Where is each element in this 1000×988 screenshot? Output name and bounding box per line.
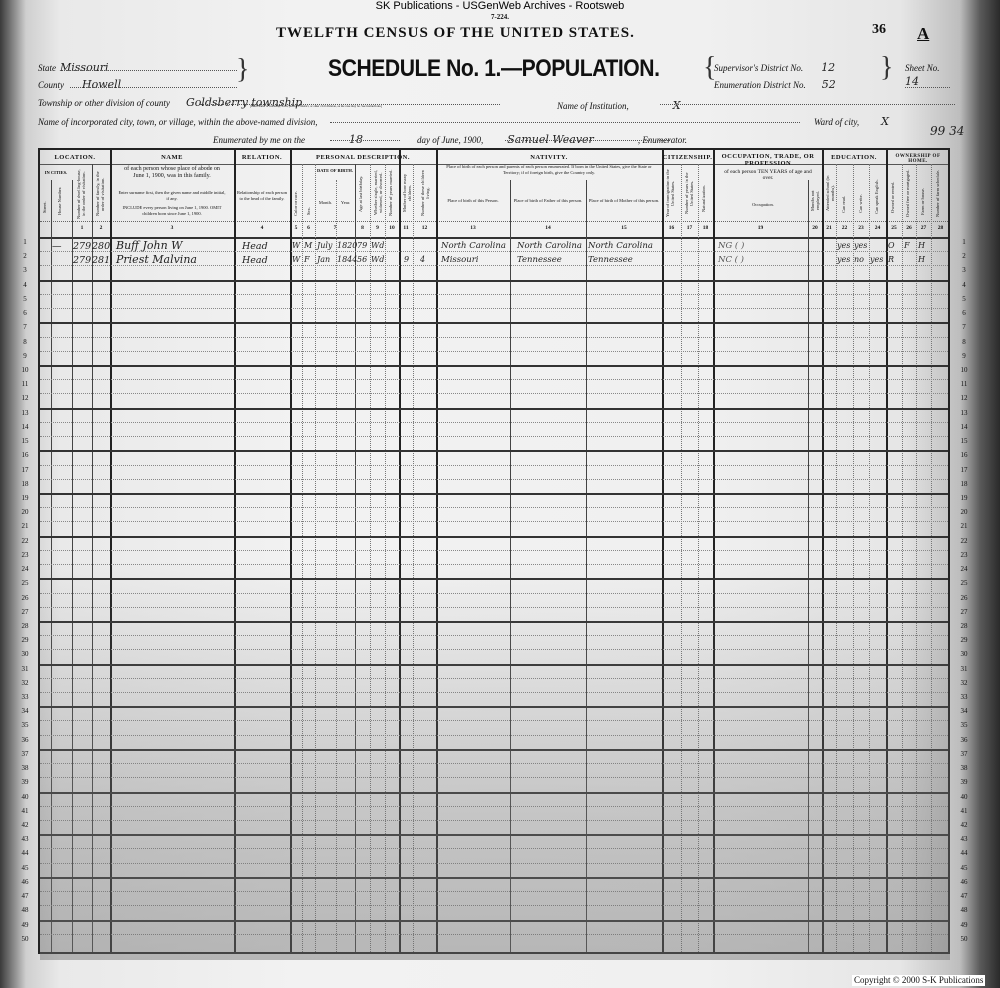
line-number-left: 26 — [16, 594, 34, 602]
line-number-right: 33 — [955, 693, 973, 701]
ward-label: Ward of city, — [814, 117, 859, 127]
section-in-cities: IN CITIES. — [40, 170, 72, 176]
line-number-left: 16 — [16, 451, 34, 459]
line-number-right: 8 — [955, 338, 973, 346]
line-number-left: 34 — [16, 707, 34, 715]
line-number-left: 13 — [16, 409, 34, 417]
page-number: 36 — [872, 22, 886, 38]
city-field: Name of incorporated city, town, or vill… — [38, 112, 317, 130]
stamp-number: 99 34 — [930, 124, 964, 138]
header-children-living: Number of these children living. — [420, 168, 430, 218]
section-location: LOCATION. — [40, 154, 110, 161]
line-number-right: 4 — [955, 281, 973, 289]
line-number-right: 42 — [955, 821, 973, 829]
section-citizenship: CITIZENSHIP. — [662, 154, 713, 161]
header-speak-english: Can speak English. — [874, 176, 879, 218]
section-ownership: OWNERSHIP OF HOME. — [886, 154, 950, 164]
line-number-left: 3 — [16, 266, 34, 274]
enumeration-field: Enumeration District No. 52 — [714, 75, 836, 93]
header-date-of-birth: DATE OF BIRTH. — [315, 168, 355, 174]
line-number-right: 36 — [955, 736, 973, 744]
supervisor-label: Supervisor's District No. — [714, 63, 803, 73]
nativity-description: Place of birth of each person and parent… — [442, 164, 656, 175]
section-name: NAME — [110, 154, 234, 161]
county-value: Howell — [82, 78, 121, 91]
line-number-left: 43 — [16, 835, 34, 843]
person-name: Buff John W — [116, 239, 182, 252]
line-number-right: 38 — [955, 764, 973, 772]
township-field: Township or other division of county Gol… — [38, 93, 302, 111]
line-number-left: 20 — [16, 508, 34, 516]
line-number-left: 38 — [16, 764, 34, 772]
line-number-right: 23 — [955, 551, 973, 559]
state-value: Missouri — [60, 61, 109, 74]
archive-watermark: SK Publications - USGenWeb Archives - Ro… — [0, 0, 1000, 12]
line-number-right: 32 — [955, 679, 973, 687]
line-number-right: 21 — [955, 522, 973, 530]
line-number-left: 8 — [16, 338, 34, 346]
line-number-right: 16 — [955, 451, 973, 459]
section-education: EDUCATION. — [822, 154, 886, 161]
line-number-left: 12 — [16, 394, 34, 402]
line-number-left: 32 — [16, 679, 34, 687]
header-birth-father: Place of birth of Father of this person. — [512, 198, 584, 204]
family-number: 281 — [92, 255, 110, 266]
line-number-left: 11 — [16, 380, 34, 388]
state-label: State — [38, 63, 56, 73]
color: W — [292, 241, 300, 250]
line-number-right: 17 — [955, 466, 973, 474]
header-age: Age at last birthday. — [358, 170, 363, 218]
birth-year: 1820 — [337, 241, 357, 250]
header-naturalization: Naturalization. — [701, 180, 706, 218]
header-years-us: Number of years in the United States. — [684, 168, 694, 218]
line-number-right: 12 — [955, 394, 973, 402]
line-number-right: 48 — [955, 906, 973, 914]
line-number-right: 37 — [955, 750, 973, 758]
institution-label: Name of Institution, — [557, 101, 629, 111]
county-field: County Howell — [38, 75, 121, 93]
line-number-right: 14 — [955, 423, 973, 431]
header-can-write: Can write. — [858, 190, 863, 218]
enumerated-prefix: Enumerated by me on the — [213, 135, 305, 145]
birthplace-father: North Carolina — [517, 241, 582, 251]
line-number-right: 3 — [955, 266, 973, 274]
header-marital: Whether single, married, widowed, or div… — [373, 168, 383, 218]
header-family: Number of family, in the order of visita… — [95, 168, 108, 220]
marital-status: Wd — [371, 241, 384, 250]
header-birth-mother: Place of birth of Mother of this person. — [588, 198, 660, 204]
header-sex: Sex. — [306, 205, 311, 217]
birthplace-father: Tennessee — [517, 255, 562, 265]
farm-house: H — [918, 241, 925, 250]
line-number-left: 42 — [16, 821, 34, 829]
line-number-left: 31 — [16, 665, 34, 673]
occupation: NG ( ) — [718, 241, 744, 251]
age: 56 — [357, 255, 367, 264]
line-number-left: 47 — [16, 892, 34, 900]
line-number-left: 14 — [16, 423, 34, 431]
census-title: TWELFTH CENSUS OF THE UNITED STATES. — [276, 25, 635, 42]
line-number-left: 27 — [16, 608, 34, 616]
enumerated-field: Enumerated by me on the 18 day of June, … — [213, 130, 687, 148]
line-number-right: 26 — [955, 594, 973, 602]
line-number-left: 19 — [16, 494, 34, 502]
city-label: Name of incorporated city, town, or vill… — [38, 117, 317, 127]
enumerated-suffix: day of June, 1900, — [417, 135, 483, 145]
line-number-right: 39 — [955, 778, 973, 786]
can-read: yes — [837, 241, 850, 250]
line-number-right: 11 — [955, 380, 973, 388]
line-number-left: 45 — [16, 864, 34, 872]
line-number-right: 9 — [955, 352, 973, 360]
occupation-description: of each person TEN YEARS of age and over… — [720, 170, 816, 181]
person-name: Priest Malvina — [116, 253, 197, 266]
line-number-left: 21 — [16, 522, 34, 530]
copyright-notice: Copyright © 2000 S-K Publications — [852, 975, 985, 986]
line-number-left: 18 — [16, 480, 34, 488]
line-number-right: 18 — [955, 480, 973, 488]
line-number-right: 15 — [955, 437, 973, 445]
section-relation: RELATION. — [234, 154, 290, 161]
schedule-title: SCHEDULE No. 1.—POPULATION. — [328, 55, 660, 83]
supervisor-field: Supervisor's District No. 12 — [714, 58, 835, 76]
speak-english: yes — [870, 255, 883, 264]
line-number-right: 22 — [955, 537, 973, 545]
header-years-married: Number of years married. — [388, 168, 393, 218]
header-free-mortgaged: Owned free or mortgaged. — [905, 168, 910, 218]
name-description: of each person whose place of abode on J… — [120, 166, 224, 180]
line-number-right: 28 — [955, 622, 973, 630]
name-instruction-2: INCLUDE every person living on June 1, 1… — [118, 205, 226, 216]
line-number-right: 2 — [955, 252, 973, 260]
line-number-right: 34 — [955, 707, 973, 715]
header-immigration: Year of immigration to the United States… — [665, 168, 675, 218]
line-number-left: 30 — [16, 650, 34, 658]
header-mother-of: Mother of how many children. — [402, 168, 412, 218]
line-number-left: 46 — [16, 878, 34, 886]
line-number-left: 44 — [16, 849, 34, 857]
line-number-right: 13 — [955, 409, 973, 417]
line-number-left: 33 — [16, 693, 34, 701]
header-color: Color or race. — [293, 190, 298, 218]
line-number-right: 47 — [955, 892, 973, 900]
institution-value: X — [673, 99, 681, 112]
line-number-right: 35 — [955, 721, 973, 729]
sex: M — [304, 241, 312, 250]
sheet-label: Sheet No. — [905, 63, 940, 73]
can-write: no — [854, 255, 864, 264]
header-month: Month. — [315, 200, 336, 206]
line-number-right: 31 — [955, 665, 973, 673]
line-number-right: 50 — [955, 935, 973, 943]
line-number-right: 49 — [955, 921, 973, 929]
line-number-left: 36 — [16, 736, 34, 744]
line-number-right: 40 — [955, 793, 973, 801]
relation: Head — [242, 255, 268, 266]
state-field: State Missouri — [38, 58, 109, 76]
line-number-left: 49 — [16, 921, 34, 929]
line-number-right: 43 — [955, 835, 973, 843]
line-number-left: 48 — [16, 906, 34, 914]
name-instruction-1: Enter surname first, then the given name… — [118, 190, 226, 201]
sex: F — [304, 255, 310, 264]
header-dwelling: Number of dwelling-house, in the order o… — [76, 168, 90, 220]
birth-month: July — [317, 241, 332, 250]
header-street: Street. — [42, 195, 47, 219]
sheet-letter: A — [917, 24, 929, 44]
header-farm-house: Farm or house. — [920, 184, 925, 218]
section-personal-description: PERSONAL DESCRIPTION. — [290, 154, 436, 161]
header-year: Year. — [336, 200, 355, 206]
line-number-left: 17 — [16, 466, 34, 474]
birthplace-mother: Tennessee — [588, 255, 633, 265]
line-number-right: 6 — [955, 309, 973, 317]
brace-right-close: } — [880, 52, 893, 84]
line-number-left: 10 — [16, 366, 34, 374]
line-number-right: 24 — [955, 565, 973, 573]
line-number-left: 7 — [16, 323, 34, 331]
line-number-left: 5 — [16, 295, 34, 303]
line-number-left: 22 — [16, 537, 34, 545]
header-attended-school: Attended school (in months). — [825, 168, 835, 218]
line-number-right: 10 — [955, 366, 973, 374]
form-number: 7-224. — [0, 13, 1000, 21]
birthplace-person: North Carolina — [441, 241, 506, 251]
line-number-left: 15 — [16, 437, 34, 445]
line-number-right: 20 — [955, 508, 973, 516]
line-number-left: 24 — [16, 565, 34, 573]
line-number-right: 30 — [955, 650, 973, 658]
free-mortgaged: F — [904, 241, 910, 250]
relation-description: Relationship of each person to the head … — [236, 190, 288, 201]
line-number-right: 25 — [955, 579, 973, 587]
line-number-left: 50 — [16, 935, 34, 943]
line-number-left: 25 — [16, 579, 34, 587]
children-living: 4 — [420, 255, 425, 264]
header-house-number: House Number. — [57, 184, 62, 218]
line-number-right: 5 — [955, 295, 973, 303]
can-read: yes — [837, 255, 850, 264]
line-number-right: 46 — [955, 878, 973, 886]
birth-year: 1844 — [337, 255, 357, 264]
line-number-left: 23 — [16, 551, 34, 559]
line-number-left: 9 — [16, 352, 34, 360]
occupation: NC ( ) — [718, 255, 744, 265]
line-number-left: 28 — [16, 622, 34, 630]
section-occupation: OCCUPATION, TRADE, OR PROFESSION — [718, 153, 818, 167]
line-number-right: 19 — [955, 494, 973, 502]
township-label: Township or other division of county — [38, 98, 170, 108]
line-number-left: 37 — [16, 750, 34, 758]
line-number-left: 41 — [16, 807, 34, 815]
institution-field: Name of Institution, X — [557, 96, 681, 114]
age: 79 — [357, 241, 367, 250]
can-write: yes — [854, 241, 867, 250]
enumeration-label: Enumeration District No. — [714, 80, 806, 90]
sheet-field: Sheet No. — [905, 58, 940, 76]
header-months-unemployed: Months not employed. — [810, 184, 820, 218]
line-number-right: 7 — [955, 323, 973, 331]
line-number-left: 6 — [16, 309, 34, 317]
header-farm-schedule: Number of farm schedule. — [935, 168, 940, 218]
birthplace-mother: North Carolina — [588, 241, 653, 251]
header-can-read: Can read. — [841, 190, 846, 218]
dwelling-number: 279 — [73, 255, 91, 266]
census-page: SK Publications - USGenWeb Archives - Ro… — [0, 0, 1000, 988]
county-label: County — [38, 80, 64, 90]
line-number-right: 41 — [955, 807, 973, 815]
supervisor-value: 12 — [821, 61, 835, 74]
line-number-right: 44 — [955, 849, 973, 857]
color: W — [292, 255, 300, 264]
enumeration-value: 52 — [822, 78, 836, 91]
section-nativity: NATIVITY. — [436, 154, 662, 161]
line-number-left: 35 — [16, 721, 34, 729]
farm-house: H — [918, 255, 925, 264]
line-number-left: 40 — [16, 793, 34, 801]
brace-left: } — [236, 54, 249, 86]
line-number-left: 1 — [16, 238, 34, 246]
line-number-right: 1 — [955, 238, 973, 246]
owned-rented: R — [888, 255, 894, 264]
ward-field: Ward of city, X — [814, 112, 889, 130]
line-number-left: 2 — [16, 252, 34, 260]
header-occupation: Occupation. — [720, 202, 806, 208]
line-number-left: 4 — [16, 281, 34, 289]
birthplace-person: Missouri — [441, 255, 479, 265]
population-schedule-table: LOCATION. IN CITIES. Street. House Numbe… — [38, 148, 950, 954]
header-birth-person: Place of birth of this Person. — [438, 198, 508, 204]
line-number-left: 29 — [16, 636, 34, 644]
line-number-right: 45 — [955, 864, 973, 872]
line-number-right: 27 — [955, 608, 973, 616]
ward-value: X — [881, 115, 889, 128]
owned-rented: O — [888, 241, 895, 250]
birth-month: Jan — [317, 255, 330, 264]
line-number-right: 29 — [955, 636, 973, 644]
marital-status: Wd — [371, 255, 384, 264]
header-owned-rented: Owned or rented. — [890, 176, 895, 218]
mother-of-children: 9 — [404, 255, 409, 264]
line-number-left: 39 — [16, 778, 34, 786]
